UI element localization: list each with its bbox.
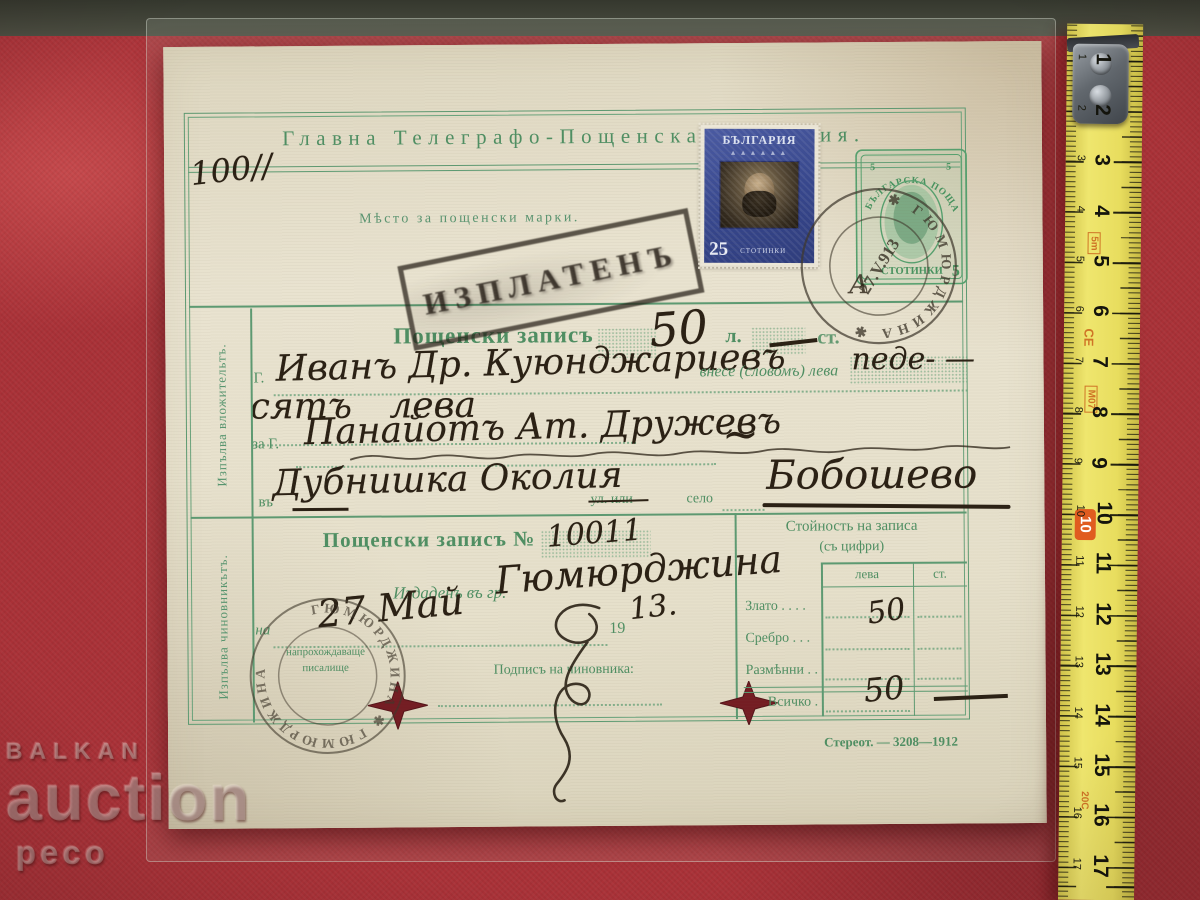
ruler-number-small: 13 <box>1073 656 1085 668</box>
auction-watermark: BALKAN auction peco <box>6 740 251 869</box>
total-label: Всичко . <box>768 695 818 711</box>
adhesive-stamp-country: БЪЛГАРИЯ <box>705 133 815 148</box>
recipient-prefix: за Г. <box>252 436 279 453</box>
ruler-number: 11 <box>1091 552 1115 574</box>
cell-dotted-line <box>917 614 961 618</box>
photo-scene: Главна Телеграфо-Пощенска Дирекция. 100/… <box>0 0 1200 900</box>
watermark-line-2: auction <box>6 765 251 830</box>
ruler-number: 13 <box>1090 652 1114 676</box>
ruler-number-small: 5 <box>1074 256 1086 262</box>
ruler-number-small: 16 <box>1071 807 1083 819</box>
order-number-label: Пощенски записъ № <box>323 526 536 552</box>
cell-dotted-line <box>825 646 909 651</box>
svg-text:5: 5 <box>870 162 875 173</box>
handwritten-village: Бобошево <box>766 451 977 498</box>
ruler-number-small: 1 <box>1076 54 1088 60</box>
value-table-subtitle: (съ цифри) <box>739 538 965 556</box>
ruler-number-small: 14 <box>1072 706 1084 718</box>
postmark-bottom-ring-text: ГЮМЮРДЖИНА ✱ ГЮМЮРДЖИНА <box>236 584 419 767</box>
ruler-tape: 5m CE M07 10 20C 11223344556677889910101… <box>1058 24 1143 900</box>
column-header-st: ст. <box>915 565 965 581</box>
ruler-number: 16 <box>1088 804 1112 828</box>
tsar-portrait <box>719 161 799 229</box>
print-reference: Стереот. — 3208—1912 <box>824 734 958 751</box>
row-label-gold: Злато . . . . <box>745 599 806 615</box>
handwritten-a-mark: А <box>849 270 869 300</box>
cell-dotted-line <box>917 646 961 650</box>
ruler-number-small: 12 <box>1073 605 1085 617</box>
ruler-ce-mark: CE <box>1081 328 1096 346</box>
handwritten-district: Дубнишка Околия <box>272 455 623 505</box>
adhesive-stamp-value: 25 <box>709 239 728 261</box>
ruler-number-small: 17 <box>1070 857 1082 869</box>
ruler-length-tag: 5m <box>1087 232 1100 255</box>
watermark-line-1: BALKAN <box>6 740 251 763</box>
ruler-number-small: 11 <box>1073 555 1085 567</box>
form-header-title: Главна Телеграфо-Пощенска Дирекция. <box>214 122 934 152</box>
ruler-number: 14 <box>1089 703 1113 727</box>
handwritten-silver-value: 50 <box>865 591 908 631</box>
ruler-number: 2 <box>1090 104 1114 116</box>
value-table-title: Стойность на записа <box>739 517 965 536</box>
cell-dotted-line <box>918 676 962 680</box>
adhesive-stamp-currency: СТОТИНКИ <box>740 247 786 255</box>
clerk-signature <box>523 600 664 816</box>
ruler-number-small: 9 <box>1072 457 1084 463</box>
sender-prefix: Г. <box>254 370 265 387</box>
ruler-number-small: 3 <box>1075 155 1087 161</box>
postal-money-order-document: Главна Телеграфо-Пощенска Дирекция. 100/… <box>163 41 1046 829</box>
ruler-number: 7 <box>1087 356 1111 368</box>
adhesive-stamp-ornament: ▲▲▲▲▲▲ <box>704 149 814 157</box>
postmark-top: ✱ ГЮМЮРДЖИНА ✱ 27.V.913 <box>782 169 975 362</box>
write-line <box>723 507 765 511</box>
place-prefix: въ <box>258 494 273 511</box>
ruler-number: 5 <box>1088 255 1112 267</box>
ruler-number-small: 2 <box>1075 104 1087 110</box>
watermark-line-3: peco <box>16 836 251 869</box>
ruler-number: 4 <box>1089 205 1113 217</box>
ruler-number: 15 <box>1089 753 1113 777</box>
row-label-change: Размѣнни . . <box>746 663 818 680</box>
ruler-number: 12 <box>1091 602 1115 626</box>
district-underline <box>293 508 349 511</box>
ruler-number-small: 8 <box>1072 407 1084 413</box>
svg-text:5: 5 <box>946 162 951 173</box>
ruler-number-small: 15 <box>1071 757 1083 769</box>
handwritten-total-value: 50 <box>862 668 906 710</box>
ruler-number-small: 6 <box>1073 306 1085 312</box>
deposit-verb-label: внесе (словомъ) лева <box>700 362 839 381</box>
ruler-number: 1 <box>1091 53 1115 65</box>
ruler-number: 9 <box>1086 457 1110 469</box>
ruler-number: 6 <box>1088 305 1112 317</box>
ruler-number: 3 <box>1090 154 1114 166</box>
ruler-number-small: 7 <box>1073 356 1085 362</box>
ruler-number-small: 10 <box>1074 505 1086 517</box>
ruler-number-small: 4 <box>1074 205 1086 211</box>
column-header-leva: лева <box>823 566 911 583</box>
ruler-number: 17 <box>1088 854 1112 878</box>
left-label-depositor: Изпълва вложительтъ. <box>213 315 230 515</box>
stamp-space-label: Мѣсто за пощенски марки. <box>334 210 604 228</box>
ruler-number: 10 <box>1092 501 1116 525</box>
row-label-silver: Сребро . . . <box>745 631 810 647</box>
ruler-number: 8 <box>1087 406 1111 418</box>
svg-text:ГЮМЮРДЖИНА ✱ ГЮМЮРДЖИНА: ГЮМЮРДЖИНА ✱ ГЮМЮРДЖИНА <box>236 584 419 767</box>
village-label: село <box>686 491 713 507</box>
